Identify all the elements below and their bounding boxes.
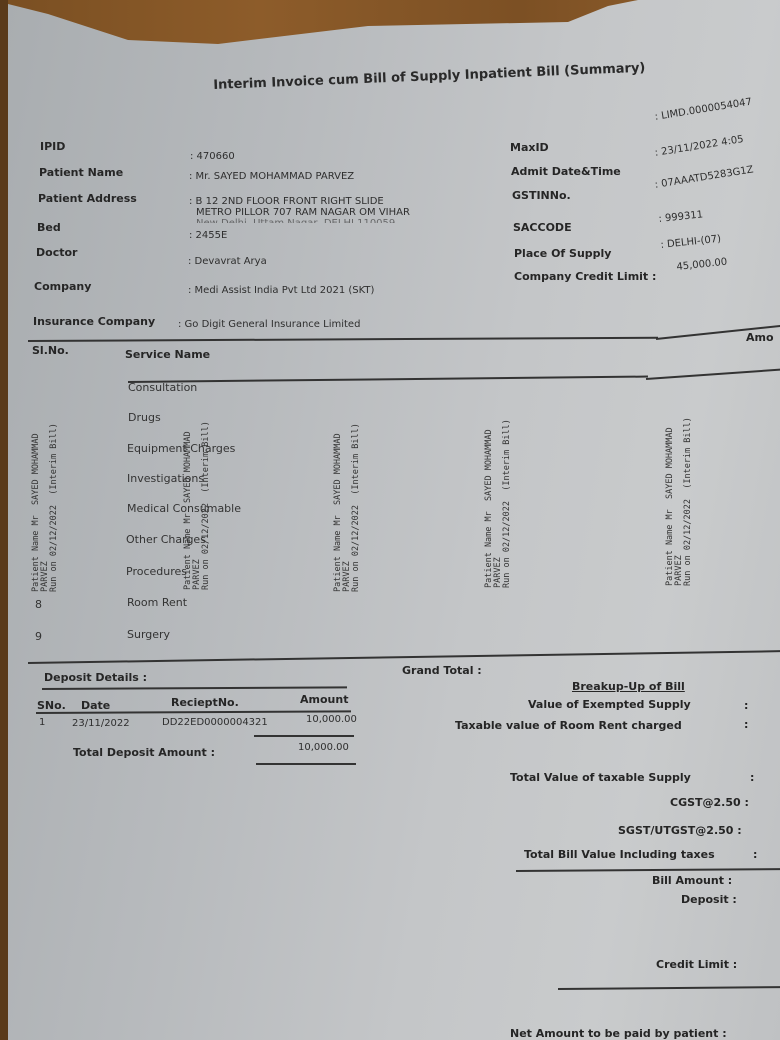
table-header-rule-right [646,368,780,379]
total-deposit-label: Total Deposit Amount : [73,746,215,759]
header-sl-no: Sl.No. [32,344,69,357]
label-doctor: Doctor [36,246,77,259]
summary-rule-1 [516,868,780,871]
service-row-room-rent: Room Rent [127,596,187,609]
label-insurance-company: Insurance Company [33,315,155,328]
service-row-other-charges: Other Charges [126,533,206,546]
wooden-table-edge [0,0,8,1040]
value-company-credit-limit: 45,000.00 [676,257,728,273]
deposit-row-date: 23/11/2022 [72,718,130,729]
label-company-credit-limit: Company Credit Limit : [514,270,656,283]
deposit-header-receipt: RecieptNo. [171,696,239,709]
value-place-of-supply: : DELHI-(07) [660,234,722,251]
value-insurance-company: : Go Digit General Insurance Limited [178,319,360,330]
table-header-rule [128,376,648,383]
service-row-medical-consumable: Medical Consumable [127,502,241,515]
total-deposit-value: 10,000.00 [298,742,349,753]
deposit-header-sno: SNo. [37,699,66,712]
label-sgst: SGST/UTGST@2.50 : [618,824,742,837]
table-bottom-rule [28,650,780,663]
header-service-name: Service Name [125,348,210,361]
header-amount: Amo [746,331,774,344]
value-address-line3: New Delhi, Uttam Nagar, DELHI 110059 [196,218,395,223]
label-deposit: Deposit : [681,893,737,906]
service-row-consultation: Consultation [128,381,197,394]
label-net-amount: Net Amount to be paid by patient : [510,1027,727,1040]
deposit-amount-rule [254,735,354,737]
label-exempted-supply: Value of Exempted Supply [528,698,691,711]
label-bed: Bed [37,221,61,234]
deposit-row-amount: 10,000.00 [306,714,357,725]
label-bill-amount: Bill Amount : [652,874,732,887]
service-row-drugs: Drugs [128,411,161,424]
label-room-rent-taxable: Taxable value of Room Rent charged [455,719,682,732]
label-taxable-supply: Total Value of taxable Supply [510,771,691,784]
value-bed: : 2455E [189,230,227,241]
deposit-header-date: Date [81,699,110,712]
service-row-surgery: Surgery [127,628,170,641]
deposit-row-sno: 1 [39,717,45,728]
summary-rule-2 [558,986,780,990]
invoice-paper: Interim Invoice cum Bill of Supply Inpat… [8,0,780,1040]
watermark-5: Patient Name Mr SAYED MOHAMMAD PARVEZ Ru… [666,417,693,586]
deposit-header-rule [36,710,351,713]
label-cgst: CGST@2.50 : [670,796,749,809]
label-place-of-supply: Place Of Supply [514,247,611,260]
deposit-header-amount: Amount [300,693,348,706]
document-title: Interim Invoice cum Bill of Supply Inpat… [213,61,646,93]
colon-total-incl-taxes: : [753,848,757,861]
table-top-rule [28,337,658,342]
deposit-title: Deposit Details : [44,671,147,684]
value-ipid: : 470660 [190,151,235,162]
watermark-3: Patient Name Mr SAYED MOHAMMAD PARVEZ Ru… [334,423,361,592]
service-sl-9: 9 [35,630,42,643]
value-maxid: : LIMD.0000054047 [654,97,753,123]
value-admit-datetime: : 23/11/2022 4:05 [654,134,744,159]
value-address-line1: : B 12 2ND FLOOR FRONT RIGHT SLIDE [189,196,384,207]
label-admit-datetime: Admit Date&Time [511,165,621,178]
deposit-row-receipt: DD22ED0000004321 [162,717,268,728]
watermark-4: Patient Name Mr SAYED MOHAMMAD PARVEZ Ru… [485,419,512,588]
label-gstin: GSTINNo. [512,189,571,202]
label-credit-limit: Credit Limit : [656,958,737,971]
grand-total-label: Grand Total : [402,664,482,677]
value-saccode: : 999311 [658,209,704,225]
service-row-procedures: Procedures [126,565,187,578]
label-ipid: IPID [40,140,65,153]
colon-exempted: : [744,699,748,712]
value-doctor: : Devavrat Arya [188,256,267,267]
value-company: : Medi Assist India Pvt Ltd 2021 (SKT) [188,285,374,296]
colon-taxable-supply: : [750,771,754,784]
value-address-line2: METRO PILLOR 707 RAM NAGAR OM VIHAR [196,207,410,218]
label-company: Company [34,280,91,293]
label-maxid: MaxID [510,141,549,154]
label-patient-name: Patient Name [39,166,123,179]
deposit-title-rule [42,686,347,689]
colon-room-rent: : [744,718,748,731]
value-patient-name: : Mr. SAYED MOHAMMAD PARVEZ [189,171,354,182]
watermark-1: Patient Name Mr SAYED MOHAMMAD PARVEZ Ru… [32,423,59,592]
service-row-investigations: Investigations [127,472,204,485]
value-gstin: : 07AAATD5283G1Z [654,164,754,190]
total-deposit-rule [256,763,356,765]
label-total-incl-taxes: Total Bill Value Including taxes [524,848,715,861]
breakup-title: Breakup-Up of Bill [572,680,685,693]
service-row-equipment: Equipment Charges [127,442,235,455]
label-saccode: SACCODE [513,221,572,234]
label-patient-address: Patient Address [38,192,137,205]
service-sl-8: 8 [35,598,42,611]
